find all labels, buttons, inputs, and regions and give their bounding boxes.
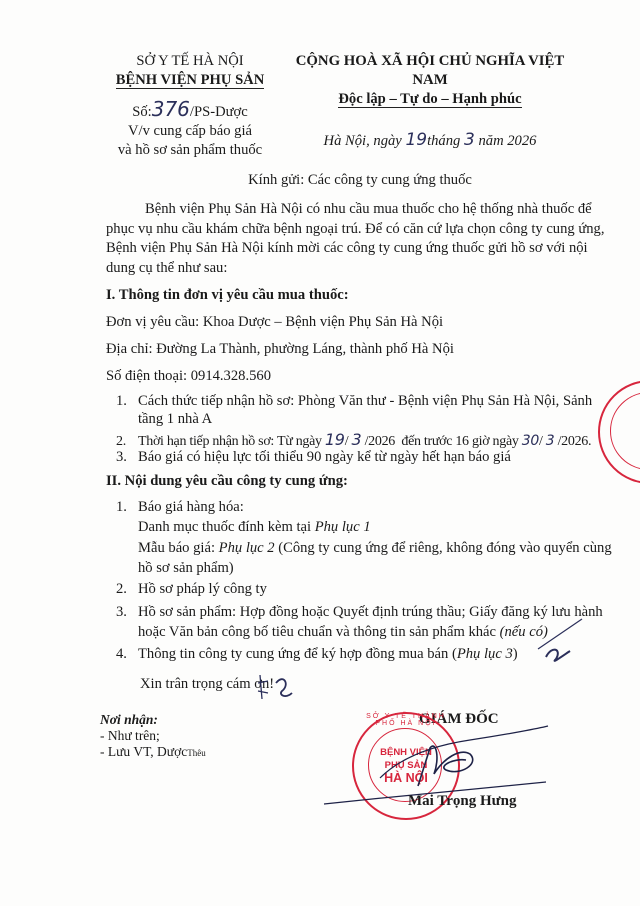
- item-text: Báo giá có hiệu lực tối thiểu 90 ngày kể…: [138, 449, 511, 465]
- subject-line-2: và hồ sơ sản phẩm thuốc: [100, 141, 280, 160]
- recipients-title: Nơi nhận:: [100, 712, 206, 728]
- recipients-block: Nơi nhận: - Như trên; - Lưu VT, DượcThêu: [100, 712, 206, 761]
- appendix-2-line: Mẫu báo giá: Phụ lục 2 (Công ty cung ứng…: [138, 540, 612, 557]
- item-text: Hồ sơ sản phẩm: Hợp đồng hoặc Quyết định…: [138, 604, 603, 620]
- from-month: 3: [351, 430, 361, 449]
- date-prefix: Hà Nội, ngày: [324, 133, 402, 149]
- recipient-item-text: - Lưu VT, Dược: [100, 744, 187, 759]
- item-text: Báo giá hàng hóa:: [138, 499, 244, 515]
- appendix-2-ref: Phụ lục 2: [219, 540, 275, 556]
- phone-number: Số điện thoại: 0914.328.560: [106, 368, 271, 385]
- initial-mark-icon: [536, 615, 586, 665]
- appendix-2-note: (Công ty cung ứng để riêng, không đóng v…: [275, 540, 612, 556]
- item-number: 4.: [116, 646, 138, 663]
- deadline-prefix: Thời hạn tiếp nhận hồ sơ: Từ ngày: [138, 434, 322, 449]
- appendix-1-ref: Phụ lục 1: [315, 519, 371, 535]
- section-1-item-1-cont: tầng 1 nhà A: [138, 411, 212, 428]
- page-edge-stamp-inner: [610, 392, 640, 470]
- motto: Độc lập – Tự do – Hạnh phúc: [280, 90, 580, 109]
- doc-number: Số:376/PS-Dược: [100, 100, 280, 122]
- doc-number-handwritten: 376: [152, 97, 190, 121]
- to-month: 3: [546, 433, 555, 449]
- section-1: I. Thông tin đơn vị yêu cầu mua thuốc: Đ…: [106, 287, 626, 467]
- item-text: hoặc Văn bản công bố tiêu chuẩn và thông…: [138, 624, 500, 640]
- place-date: Hà Nội, ngày 19tháng 3 năm 2026: [280, 131, 580, 151]
- appendix-2-text: Mẫu báo giá:: [138, 540, 219, 556]
- doc-number-prefix: Số:: [132, 104, 151, 120]
- item-number: 1.: [116, 393, 138, 410]
- from-year: /2026: [365, 434, 395, 449]
- closing-line: Xin trân trọng cám ơn!: [140, 676, 274, 693]
- item-number: 2.: [116, 434, 138, 450]
- initials-icon: [256, 673, 296, 701]
- section-2: II. Nội dung yêu cầu công ty cung ứng: 1…: [106, 473, 626, 703]
- header-right: CỘNG HOÀ XÃ HỘI CHỦ NGHĨA VIỆT NAM Độc l…: [280, 52, 580, 151]
- intro-line-3: Bệnh viện Phụ Sản Hà Nội kính mời các cô…: [106, 239, 626, 259]
- item-text: Thông tin công ty cung ứng để ký hợp đồn…: [138, 646, 457, 662]
- requesting-unit: Đơn vị yêu cầu: Khoa Dược – Bệnh viện Ph…: [106, 314, 443, 331]
- appendix-3-ref: Phụ lục 3: [457, 646, 513, 662]
- date-month-label: tháng: [427, 133, 460, 149]
- appendix-1-text: Danh mục thuốc đính kèm tại: [138, 519, 315, 535]
- section-2-title: II. Nội dung yêu cầu công ty cung ứng:: [106, 473, 348, 490]
- appendix-1-line: Danh mục thuốc đính kèm tại Phụ lục 1: [138, 519, 371, 536]
- department-name: SỞ Y TẾ HÀ NỘI: [100, 52, 280, 71]
- subject-line-1: V/v cung cấp báo giá: [100, 122, 280, 141]
- national-title: CỘNG HOÀ XÃ HỘI CHỦ NGHĨA VIỆT NAM: [280, 52, 580, 90]
- item-text: Cách thức tiếp nhận hồ sơ: Phòng Văn thư…: [138, 393, 592, 409]
- section-1-title: I. Thông tin đơn vị yêu cầu mua thuốc:: [106, 287, 349, 304]
- item-number: 2.: [116, 581, 138, 598]
- hospital-name: BỆNH VIỆN PHỤ SẢN: [116, 71, 265, 90]
- from-day: 19: [325, 430, 345, 449]
- recipient-sub: Thêu: [187, 748, 206, 758]
- date-year: năm 2026: [478, 133, 536, 149]
- deadline-middle: đến trước 16 giờ ngày: [401, 434, 518, 449]
- to-day: 30: [522, 433, 539, 449]
- recipient-item: - Như trên;: [100, 728, 206, 744]
- section-1-item-1: 1.Cách thức tiếp nhận hồ sơ: Phòng Văn t…: [116, 393, 592, 410]
- intro-line-2: phục vụ nhu cầu khám chữa bệnh ngoại trú…: [106, 220, 626, 240]
- intro-paragraph: Bệnh viện Phụ Sản Hà Nội có nhu cầu mua …: [106, 200, 626, 278]
- date-month: 3: [464, 130, 475, 150]
- address: Địa chỉ: Đường La Thành, phường Láng, th…: [106, 341, 454, 358]
- item-number: 1.: [116, 499, 138, 516]
- section-2-item-3-cont: hoặc Văn bản công bố tiêu chuẩn và thông…: [138, 624, 548, 641]
- intro-line-4: dung cụ thể như sau:: [106, 259, 626, 279]
- section-2-item-4: 4.Thông tin công ty cung ứng để ký hợp đ…: [116, 646, 518, 663]
- date-day: 19: [405, 130, 427, 150]
- signer-name: Mai Trọng Hưng: [408, 793, 516, 810]
- motto-text: Độc lập – Tự do – Hạnh phúc: [338, 91, 521, 108]
- item-number: 3.: [116, 604, 138, 621]
- intro-line-1: Bệnh viện Phụ Sản Hà Nội có nhu cầu mua …: [106, 200, 626, 220]
- section-1-item-3: 3.Báo giá có hiệu lực tối thiểu 90 ngày …: [116, 449, 511, 466]
- to-year: /2026.: [558, 434, 592, 449]
- section-1-item-2: 2.Thời hạn tiếp nhận hồ sơ: Từ ngày 19/ …: [116, 430, 591, 450]
- item-number: 3.: [116, 449, 138, 466]
- section-2-item-2: 2.Hồ sơ pháp lý công ty: [116, 581, 267, 598]
- item-text-end: ): [513, 646, 518, 662]
- header-left: SỞ Y TẾ HÀ NỘI BỆNH VIỆN PHỤ SẢN Số:376/…: [100, 52, 280, 160]
- recipient-item: - Lưu VT, DượcThêu: [100, 744, 206, 761]
- item-text: Hồ sơ pháp lý công ty: [138, 581, 267, 597]
- recipient: Kính gửi: Các công ty cung ứng thuốc: [100, 171, 620, 190]
- doc-number-suffix: /PS-Dược: [190, 104, 248, 120]
- section-2-item-3: 3.Hồ sơ sản phẩm: Hợp đồng hoặc Quyết đị…: [116, 604, 603, 621]
- section-2-item-1: 1.Báo giá hàng hóa:: [116, 499, 244, 516]
- appendix-2-cont: hồ sơ sản phẩm): [138, 560, 234, 577]
- hospital-name-text: BỆNH VIỆN PHỤ SẢN: [116, 72, 265, 89]
